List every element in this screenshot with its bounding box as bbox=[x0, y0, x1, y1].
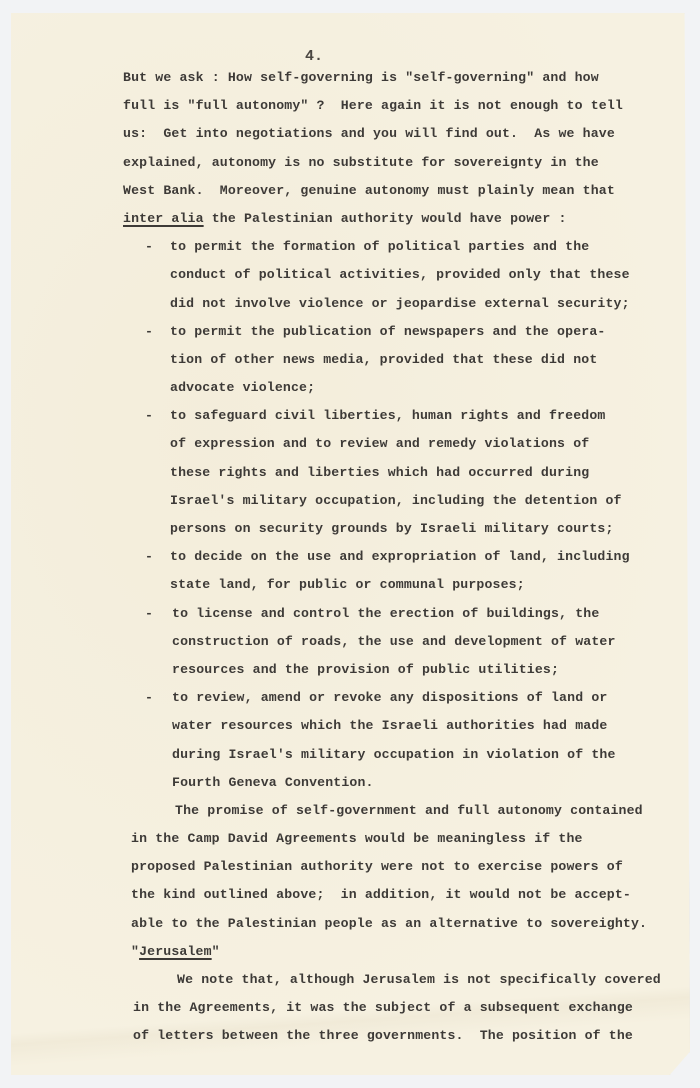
text-line: to safeguard civil liberties, human righ… bbox=[170, 408, 605, 423]
text-line: proposed Palestinian authority were not … bbox=[131, 853, 683, 881]
list-item: -to permit the publication of newspapers… bbox=[123, 318, 683, 346]
list-item: -to decide on the use and expropriation … bbox=[123, 543, 683, 571]
page-number: 4. bbox=[305, 48, 323, 65]
text-line: West Bank. Moreover, genuine autonomy mu… bbox=[123, 177, 683, 205]
text-line: full is "full autonomy" ? Here again it … bbox=[123, 92, 683, 120]
text-line: during Israel's military occupation in v… bbox=[123, 741, 683, 769]
text-line: in the Camp David Agreements would be me… bbox=[131, 825, 683, 853]
dash-bullet: - bbox=[145, 233, 153, 261]
powers-list: -to permit the formation of political pa… bbox=[123, 233, 683, 797]
text-line: advocate violence; bbox=[123, 374, 683, 402]
typewritten-text: But we ask : How self-governing is "self… bbox=[123, 64, 683, 1051]
intro-paragraph: But we ask : How self-governing is "self… bbox=[123, 64, 683, 233]
dash-bullet: - bbox=[145, 402, 153, 430]
text-line: tion of other news media, provided that … bbox=[123, 346, 683, 374]
text-line: the kind outlined above; in addition, it… bbox=[131, 881, 683, 909]
text-line: of expression and to review and remedy v… bbox=[123, 430, 683, 458]
list-item: -to permit the formation of political pa… bbox=[123, 233, 683, 261]
text-line: construction of roads, the use and devel… bbox=[123, 628, 683, 656]
list-item: -to review, amend or revoke any disposit… bbox=[123, 684, 683, 712]
text-line: state land, for public or communal purpo… bbox=[123, 571, 683, 599]
text-fragment: the Palestinian authority would have pow… bbox=[204, 211, 567, 226]
heading-text: Jerusalem bbox=[139, 944, 212, 959]
dash-bullet: - bbox=[145, 318, 153, 346]
text-line: conduct of political activities, provide… bbox=[123, 261, 683, 289]
text-line: to permit the formation of political par… bbox=[170, 239, 589, 254]
camp-david-paragraph: The promise of self-government and full … bbox=[131, 797, 683, 938]
text-line: But we ask : How self-governing is "self… bbox=[123, 64, 683, 92]
text-line: to permit the publication of newspapers … bbox=[170, 324, 605, 339]
text-line: explained, autonomy is no substitute for… bbox=[123, 149, 683, 177]
dash-bullet: - bbox=[145, 543, 153, 571]
text-line: water resources which the Israeli author… bbox=[123, 712, 683, 740]
dash-bullet: - bbox=[145, 684, 153, 712]
text-line: Israel's military occupation, including … bbox=[123, 487, 683, 515]
section-heading-jerusalem: "Jerusalem" bbox=[131, 938, 683, 966]
quote-mark: " bbox=[212, 944, 220, 959]
text-line: of letters between the three governments… bbox=[133, 1022, 683, 1050]
text-line: persons on security grounds by Israeli m… bbox=[123, 515, 683, 543]
text-line: able to the Palestinian people as an alt… bbox=[131, 910, 683, 938]
text-line: Fourth Geneva Convention. bbox=[123, 769, 683, 797]
text-line: us: Get into negotiations and you will f… bbox=[123, 120, 683, 148]
text-line: We note that, although Jerusalem is not … bbox=[133, 966, 683, 994]
text-line: to license and control the erection of b… bbox=[172, 606, 599, 621]
text-line: in the Agreements, it was the subject of… bbox=[133, 994, 683, 1022]
text-line: to review, amend or revoke any dispositi… bbox=[172, 690, 607, 705]
text-line: did not involve violence or jeopardise e… bbox=[123, 290, 683, 318]
list-item: -to safeguard civil liberties, human rig… bbox=[123, 402, 683, 430]
scanned-page: 4. But we ask : How self-governing is "s… bbox=[0, 0, 700, 1088]
list-item: -to license and control the erection of … bbox=[123, 600, 683, 628]
text-line: inter alia the Palestinian authority wou… bbox=[123, 205, 683, 233]
text-line: The promise of self-government and full … bbox=[131, 797, 683, 825]
inter-alia-underlined: inter alia bbox=[123, 211, 204, 226]
text-line: resources and the provision of public ut… bbox=[123, 656, 683, 684]
text-line: to decide on the use and expropriation o… bbox=[170, 549, 630, 564]
jerusalem-paragraph: We note that, although Jerusalem is not … bbox=[133, 966, 683, 1051]
quote-mark: " bbox=[131, 944, 139, 959]
dash-bullet: - bbox=[145, 600, 153, 628]
text-line: these rights and liberties which had occ… bbox=[123, 459, 683, 487]
